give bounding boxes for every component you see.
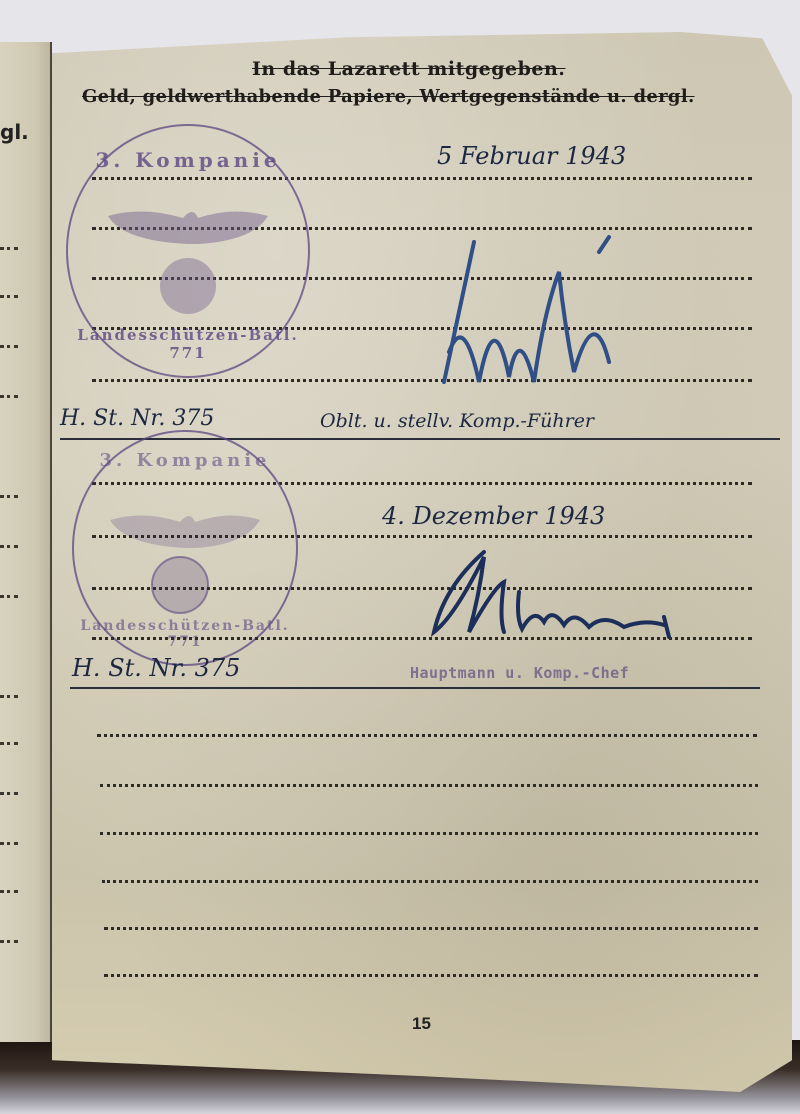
entry-2-unit-ref: H. St. Nr. 375 xyxy=(72,654,240,682)
dotted-line xyxy=(0,792,18,795)
signature-2 xyxy=(424,547,684,642)
dotted-line xyxy=(0,345,18,348)
dotted-line xyxy=(104,974,758,977)
dotted-line xyxy=(0,247,18,250)
entry-1-unit-ref: H. St. Nr. 375 xyxy=(60,406,214,431)
section-divider xyxy=(70,687,760,689)
dotted-line xyxy=(0,695,18,698)
dotted-line xyxy=(0,545,18,548)
entry-2-title-stamp: Hauptmann u. Komp.-Chef xyxy=(410,664,629,682)
dotted-line xyxy=(104,927,758,930)
entry-1-title: Oblt. u. stellv. Komp.-Führer xyxy=(320,410,594,432)
signature-1 xyxy=(424,212,654,392)
dotted-line xyxy=(0,495,18,498)
eagle-icon xyxy=(103,196,273,340)
stamp-1: 3. Kompanie Landesschützen-Batl. 771 xyxy=(66,124,310,378)
dotted-line xyxy=(0,742,18,745)
dotted-line xyxy=(102,880,758,883)
stamp-1-bottom-text: Landesschützen-Batl. 771 xyxy=(68,326,308,362)
stamp-2-top-text: 3. Kompanie xyxy=(74,450,296,471)
stamp-2-bottom-text: Landesschützen-Batl. 771 xyxy=(74,618,296,650)
entry-1-date: 5 Februar 1943 xyxy=(437,142,626,170)
dotted-line xyxy=(100,832,758,835)
dotted-line xyxy=(0,395,18,398)
eagle-icon xyxy=(105,500,265,624)
dotted-line xyxy=(100,784,758,787)
dotted-line xyxy=(0,940,18,943)
dotted-line xyxy=(0,842,18,845)
left-page: gl. xyxy=(0,42,52,1042)
dotted-line xyxy=(97,734,757,737)
dotted-line xyxy=(0,595,18,598)
dotted-line xyxy=(92,535,752,538)
entry-2-date: 4. Dezember 1943 xyxy=(382,502,605,530)
dotted-line xyxy=(0,890,18,893)
left-page-text-fragment: gl. xyxy=(0,120,29,144)
header-line-2: Geld, geldwerthabende Papiere, Wertgegen… xyxy=(82,86,695,107)
stamp-2: 3. Kompanie Landesschützen-Batl. 771 xyxy=(72,430,298,666)
dotted-line xyxy=(0,295,18,298)
header-line-1: In das Lazarett mitgegeben. xyxy=(252,58,565,80)
page-number: 15 xyxy=(412,1014,431,1034)
right-page: In das Lazarett mitgegeben. Geld, geldwe… xyxy=(52,32,792,1092)
stamp-1-top-text: 3. Kompanie xyxy=(68,148,308,172)
